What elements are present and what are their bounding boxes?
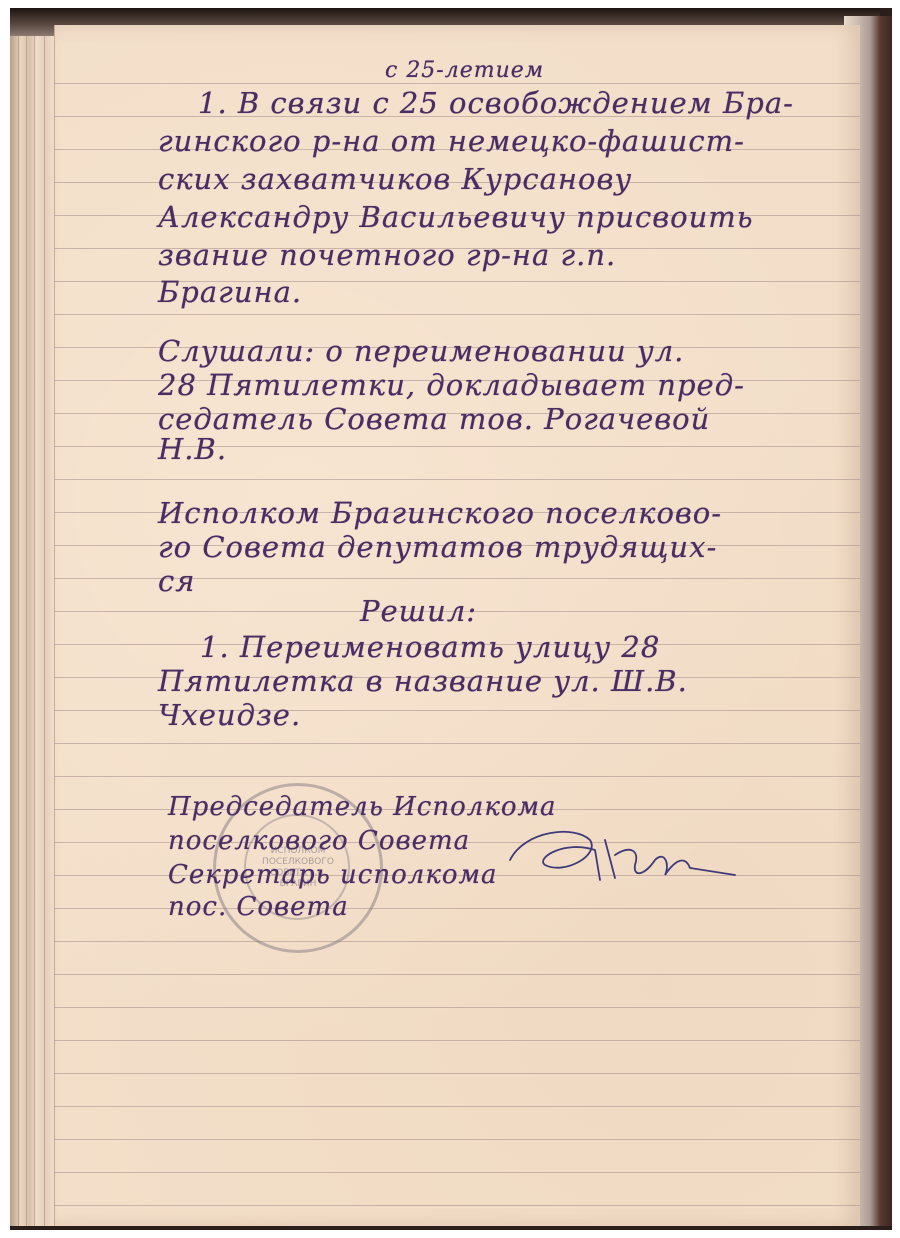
text-line: седатель Совета тов. Рогачевой [158, 402, 710, 436]
chairman-signature [505, 820, 745, 890]
text-line: ских захватчиков Курсанову [158, 162, 632, 196]
chairman-council: поселкового Совета [168, 826, 470, 856]
text-line: ся [158, 564, 195, 598]
text-line: 1. В связи с 25 освобождением Бра- [198, 86, 794, 120]
text-line: Чхеидзе. [158, 698, 301, 732]
heading-anniversary: с 25-летием [385, 58, 544, 83]
text-line: звание почетного гр-на г.п. [158, 238, 616, 272]
secretary-council: пос. Совета [168, 892, 349, 922]
text-line: Исполком Брагинского поселково- [158, 496, 722, 530]
text-line: 28 Пятилетки, докладывает пред- [158, 368, 745, 402]
text-line: Брагина. [158, 275, 302, 309]
text-line: Александру Васильевичу присвоить [158, 200, 754, 234]
text-line: го Совета депутатов трудящих- [158, 530, 717, 564]
text-line: Пятилетка в название ул. Ш.В. [158, 664, 688, 698]
chairman-title: Председатель Исполкома [168, 792, 557, 822]
decided-label: Решил: [360, 594, 477, 628]
page-stack-left-edge [10, 36, 55, 1226]
page-margin-line [54, 25, 55, 1226]
text-line: Слушали: о переименовании ул. [158, 334, 684, 368]
text-line: Н.В. [158, 432, 227, 466]
secretary-title: Секретарь исполкома [168, 860, 498, 890]
text-line: 1. Переименовать улицу 28 [200, 630, 660, 664]
text-line: гинского р-на от немецко-фашист- [158, 124, 745, 158]
